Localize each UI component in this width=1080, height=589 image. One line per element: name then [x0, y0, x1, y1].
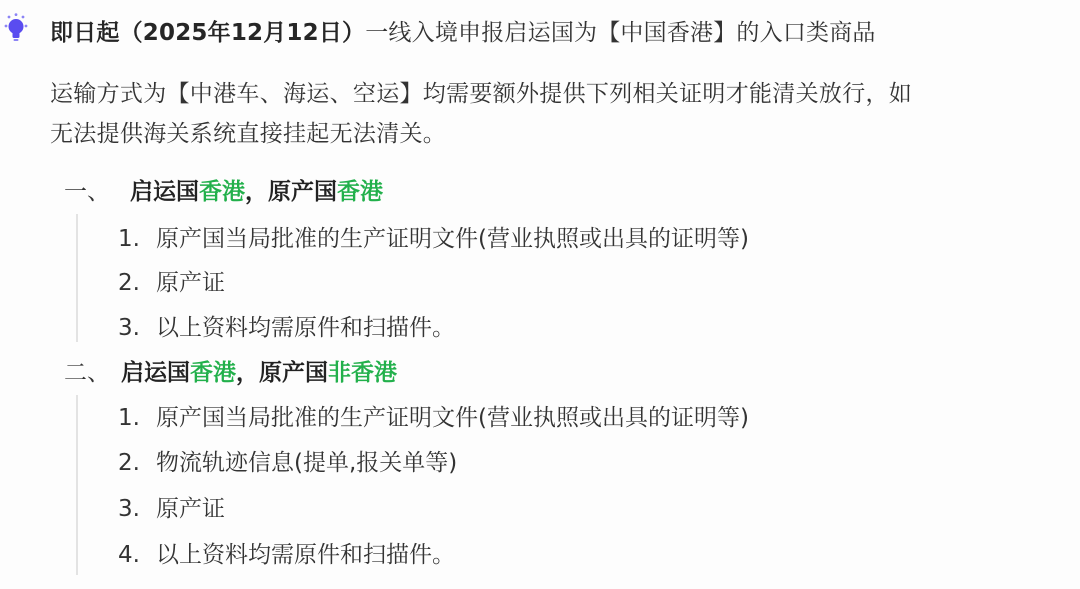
item-text: 物流轨迹信息(提单,报关单等) — [156, 450, 457, 476]
item-text: 原产国当局批准的生产证明文件(营业执照或出具的证明等) — [156, 226, 749, 252]
title-subject: 一线入境申报启运国为【中国香港】的入口类商品 — [365, 20, 875, 46]
item-text: 原产国当局批准的生产证明文件(营业执照或出具的证明等) — [156, 405, 749, 431]
item-text: 以上资料均需原件和扫描件。 — [156, 542, 455, 568]
section-1-number: 一、 — [64, 173, 130, 206]
item-number: 2. — [118, 270, 156, 296]
section-1-heading: 一、启运国香港，原产国香港 — [64, 173, 383, 206]
section-2-item-1: 1.原产国当局批准的生产证明文件(营业执照或出具的证明等) — [118, 399, 749, 432]
intro-line-2: 无法提供海关系统直接挂起无法清关。 — [50, 115, 446, 148]
title-date: 即日起（2025年12月12日） — [50, 20, 365, 46]
section-2-heading: 二、启运国香港，原产国非香港 — [64, 354, 397, 387]
item-number: 3. — [118, 496, 156, 522]
section-2-production-label: 原产国 — [259, 360, 328, 386]
section-2-item-2: 2.物流轨迹信息(提单,报关单等) — [118, 444, 457, 477]
item-text: 原产证 — [156, 270, 225, 296]
section-2-production-value: 非香港 — [328, 360, 397, 386]
section-2-origin-value: 香港 — [190, 360, 236, 386]
section-1-indent-line — [76, 214, 78, 342]
section-1-separator: ， — [245, 179, 268, 205]
section-1-item-3: 3.以上资料均需原件和扫描件。 — [118, 309, 455, 342]
section-2-separator: ， — [236, 360, 259, 386]
section-2-item-3: 3.原产证 — [118, 490, 225, 523]
section-1-origin-value: 香港 — [199, 179, 245, 205]
item-number: 1. — [118, 226, 156, 252]
item-number: 1. — [118, 405, 156, 431]
item-text: 以上资料均需原件和扫描件。 — [156, 315, 455, 341]
section-2-origin-label: 启运国 — [121, 360, 190, 386]
item-text: 原产证 — [156, 496, 225, 522]
notice-title: 即日起（2025年12月12日）一线入境申报启运国为【中国香港】的入口类商品 — [50, 14, 876, 47]
section-1-origin-label: 启运国 — [130, 179, 199, 205]
section-1-item-1: 1.原产国当局批准的生产证明文件(营业执照或出具的证明等) — [118, 220, 749, 253]
item-number: 2. — [118, 450, 156, 476]
item-number: 3. — [118, 315, 156, 341]
lightbulb-icon — [3, 13, 29, 45]
intro-line-1: 运输方式为【中港车、海运、空运】均需要额外提供下列相关证明才能清关放行，如 — [50, 75, 912, 108]
section-2-number: 二、 — [64, 354, 121, 387]
section-1-item-2: 2.原产证 — [118, 264, 225, 297]
section-2-indent-line — [76, 395, 78, 575]
section-2-item-4: 4.以上资料均需原件和扫描件。 — [118, 536, 455, 569]
item-number: 4. — [118, 542, 156, 568]
section-1-production-value: 香港 — [337, 179, 383, 205]
section-1-production-label: 原产国 — [268, 179, 337, 205]
